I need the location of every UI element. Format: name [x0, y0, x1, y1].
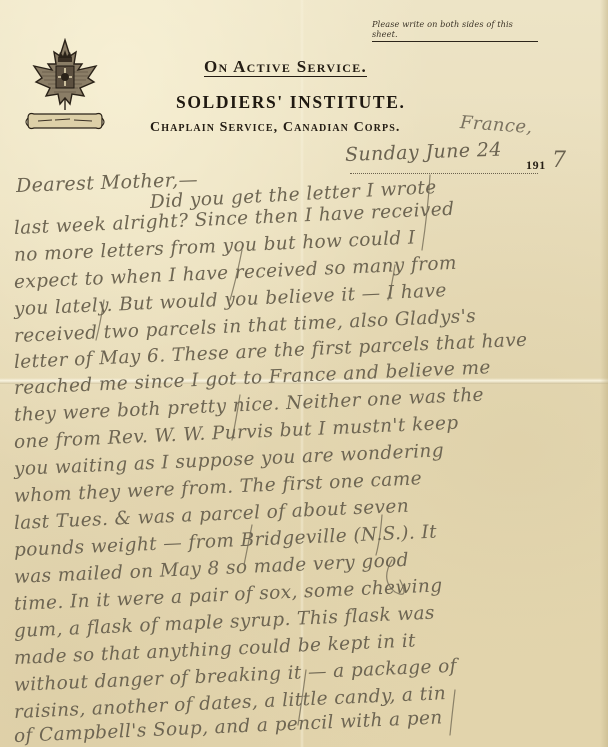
letterhead-title: On Active Service. [204, 57, 367, 77]
letter-sheet: Please write on both sides of this sheet… [0, 0, 608, 747]
letterhead-organization: SOLDIERS' INSTITUTE. [176, 92, 405, 112]
instruction-note: Please write on both sides of this sheet… [372, 19, 538, 42]
paper-edge [600, 0, 608, 747]
handwritten-place: France, [459, 112, 533, 138]
handwritten-year-digit: 7 [552, 148, 566, 173]
maple-leaf-crest-icon [22, 38, 108, 138]
printed-year: 191 [526, 158, 546, 173]
letterhead-subtitle: Chaplain Service, Canadian Corps. [150, 120, 400, 136]
